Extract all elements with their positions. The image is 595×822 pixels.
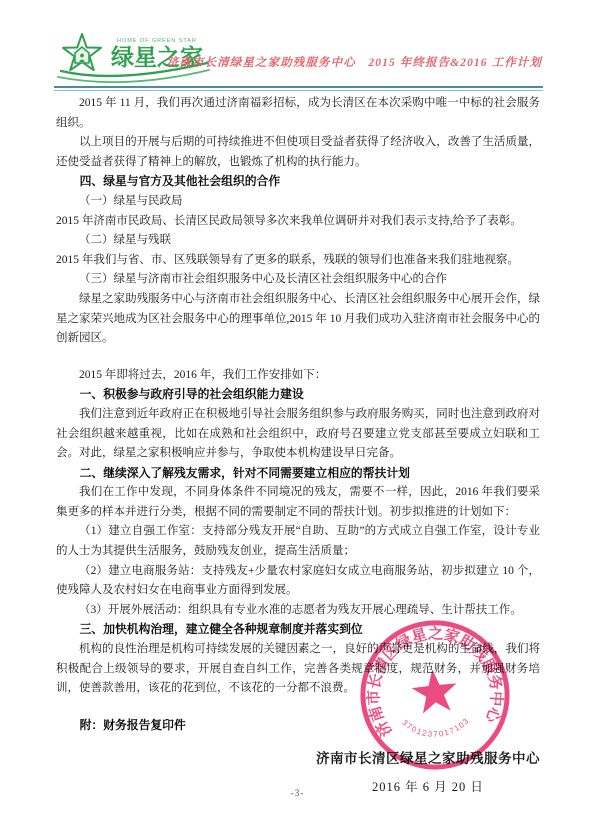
section-heading: 三、加快机构治理，建立健全各种规章制度并落实到位 — [56, 620, 540, 640]
section-heading: 附：财务报告复印件 — [56, 716, 540, 736]
signature-block: 济南市长清区绿星之家助残服务中心 2016 年 6 月 20 日 — [56, 749, 540, 798]
star-house-icon — [63, 34, 101, 70]
document-header-title: 济南市长清绿星之家助残服务中心 2015 年终报告&2016 工作计划 — [167, 54, 542, 70]
paragraph: 我们在工作中发现，不同身体条件不同境况的残友，需要不一样，因此，2016 年我们… — [56, 483, 540, 522]
paragraph: （三）绿星与济南市社会组织服务中心及长清区社会组织服务中心的合作 — [56, 270, 540, 290]
signature-date: 2016 年 6 月 20 日 — [316, 778, 540, 798]
paragraph-spacer — [56, 349, 540, 366]
paragraph-spacer — [56, 699, 540, 716]
paragraph: （1）建立自强工作室：支持部分残友开展“自助、互助”的方式成立自强工作室，设计专… — [56, 522, 540, 561]
paragraph: （2）建立电商服务站：支持残友+少量农村家庭妇女成立电商服务站，初步拟建立 10… — [56, 562, 540, 601]
document-page: HOME OF GREEN STAR 绿星之家 济南市长清绿星之家助残服务中心 … — [0, 0, 595, 822]
paragraph: 2015 年即将过去，2016 年，我们工作安排如下： — [56, 366, 540, 386]
signature-organization: 济南市长清区绿星之家助残服务中心 — [316, 749, 540, 769]
paragraph: （3）开展外展活动：组织具有专业水准的志愿者为残友开展心理疏导、生计帮扶工作。 — [56, 601, 540, 621]
section-heading: 四、绿星与官方及其他社会组织的合作 — [56, 172, 540, 192]
page-header: HOME OF GREEN STAR 绿星之家 济南市长清绿星之家助残服务中心 … — [55, 32, 542, 84]
header-divider-line — [54, 86, 543, 91]
signature-inner: 济南市长清区绿星之家助残服务中心 2016 年 6 月 20 日 — [316, 749, 540, 797]
header-divider-line-2 — [54, 90, 543, 91]
document-body: 2015 年 11 月，我们再次通过济南福彩招标，成为长清区在本次采购中唯一中标… — [56, 94, 540, 799]
paragraph: 绿星之家助残服务中心与济南市社会组织服务中心、长清区社会组织服务中心展开会作，绿… — [56, 290, 540, 349]
section-heading: 一、积极参与政府引导的社会组织能力建设 — [56, 385, 540, 405]
paragraph: （一）绿星与民政局 — [56, 192, 540, 212]
paragraph: 2015 年我们与省、市、区残联领导有了更多的联系，残联的领导们也准备来我们驻地… — [56, 251, 540, 271]
paragraph: （二）绿星与残联 — [56, 231, 540, 251]
section-heading: 二、继续深入了解残友需求，针对不同需要建立相应的帮扶计划 — [56, 464, 540, 484]
paragraph: 2015 年济南市民政局、长清区民政局领导多次来我单位调研并对我们表示支持,给予… — [56, 212, 540, 232]
paragraph: 2015 年 11 月，我们再次通过济南福彩招标，成为长清区在本次采购中唯一中标… — [56, 94, 540, 133]
paragraph: 我们注意到近年政府正在积极地引导社会服务组织参与政府服务购买，同时也注意到政府对… — [56, 405, 540, 464]
paragraph: 机构的良性治理是机构可持续发展的关键因素之一，良好的声誉更是机构的生命线，我们将… — [56, 640, 540, 699]
paragraph: 以上项目的开展与后期的可持续推进不但使项目受益者获得了经济收入，改善了生活质量，… — [56, 133, 540, 172]
